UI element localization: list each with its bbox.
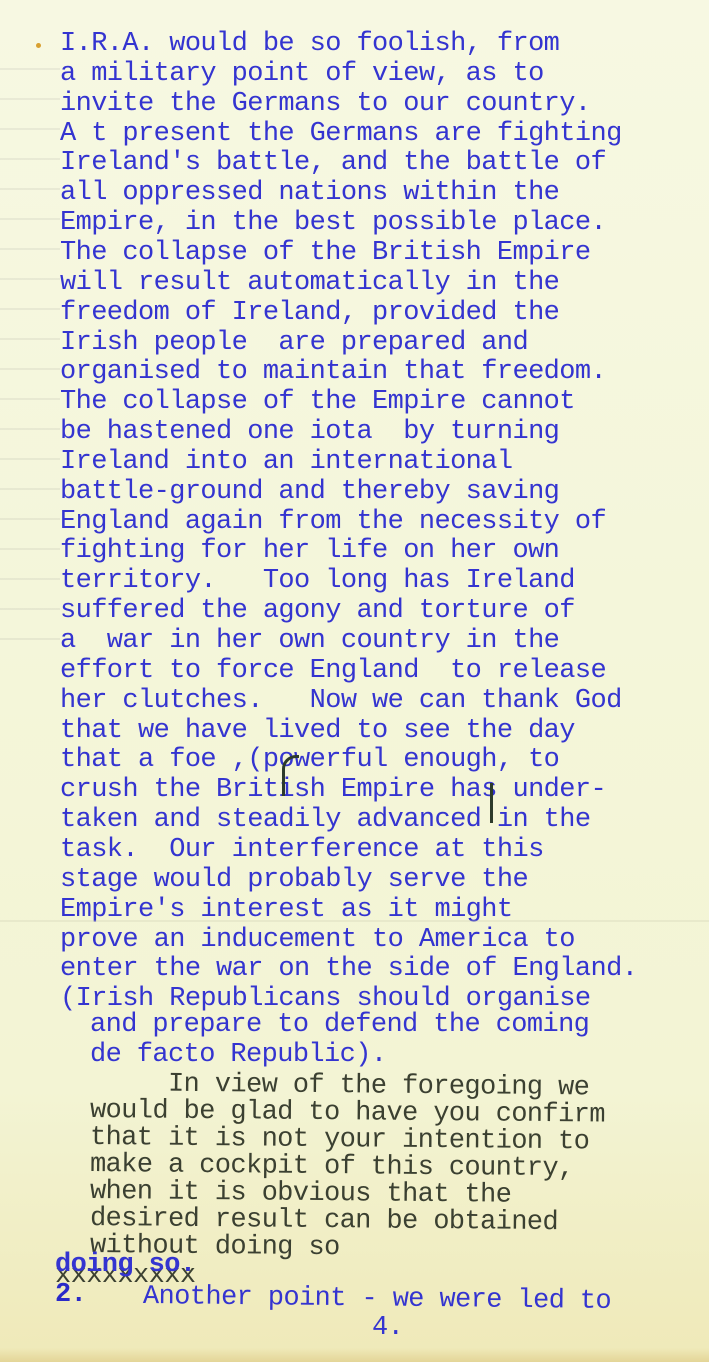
paper-edge bbox=[0, 1348, 709, 1362]
text-line: a military point of view, as to bbox=[60, 59, 544, 89]
text-line: all oppressed nations within the bbox=[60, 178, 559, 208]
typewritten-letter-page: I.R.A. would be so foolish, froma milita… bbox=[0, 0, 709, 1362]
text-line: stage would probably serve the bbox=[60, 865, 528, 895]
text-line: Ireland's battle, and the battle of bbox=[60, 148, 606, 178]
text-line: Empire, in the best possible place. bbox=[60, 208, 606, 238]
pen-mark-bar bbox=[490, 783, 493, 823]
text-line: A t present the Germans are fighting bbox=[60, 119, 622, 149]
paper-fold bbox=[0, 920, 709, 922]
text-line: battle-ground and thereby saving bbox=[60, 477, 559, 507]
text-line: I.R.A. would be so foolish, from bbox=[60, 29, 559, 59]
text-line: The collapse of the British Empire bbox=[60, 238, 591, 268]
text-line: a war in her own country in the bbox=[60, 626, 559, 656]
text-line: and prepare to defend the coming bbox=[90, 1010, 589, 1040]
point-two-text: Another point - we were led to bbox=[143, 1282, 611, 1317]
text-line: effort to force England to release bbox=[60, 656, 606, 686]
point-two-number: 2. bbox=[55, 1280, 86, 1310]
text-line: The collapse of the Empire cannot bbox=[60, 387, 575, 417]
text-line: England again from the necessity of bbox=[60, 507, 606, 537]
text-line: suffered the agony and torture of bbox=[60, 596, 575, 626]
text-line: will result automatically in the bbox=[60, 268, 559, 298]
text-line: be hastened one iota by turning bbox=[60, 417, 559, 447]
text-line: fighting for her life on her own bbox=[60, 536, 559, 566]
text-line: organised to maintain that freedom. bbox=[60, 357, 606, 387]
pen-mark-paren bbox=[282, 755, 299, 796]
page-number: 4. bbox=[372, 1313, 403, 1343]
text-line: crush the British Empire has under- bbox=[60, 775, 606, 805]
text-line: taken and steadily advanced in the bbox=[60, 805, 591, 835]
text-line: enter the war on the side of England. bbox=[60, 954, 637, 984]
margin-dot bbox=[36, 43, 41, 48]
overtyped-doing-so: doing so. bbox=[55, 1250, 195, 1280]
text-line: Irish people are prepared and bbox=[60, 328, 528, 358]
text-line: prove an inducement to America to bbox=[60, 925, 575, 955]
text-line: that we have lived to see the day bbox=[60, 716, 575, 746]
text-line: freedom of Ireland, provided the bbox=[60, 298, 559, 328]
text-line: territory. Too long has Ireland bbox=[60, 566, 575, 596]
text-line: Ireland into an international bbox=[60, 447, 512, 477]
text-line: that a foe ,(powerful enough, to bbox=[60, 745, 559, 775]
text-line: task. Our interference at this bbox=[60, 835, 544, 865]
text-line: invite the Germans to our country. bbox=[60, 89, 591, 119]
text-line: de facto Republic). bbox=[90, 1040, 386, 1070]
carbon-edge-marks bbox=[0, 40, 60, 660]
text-line: her clutches. Now we can thank God bbox=[60, 686, 622, 716]
